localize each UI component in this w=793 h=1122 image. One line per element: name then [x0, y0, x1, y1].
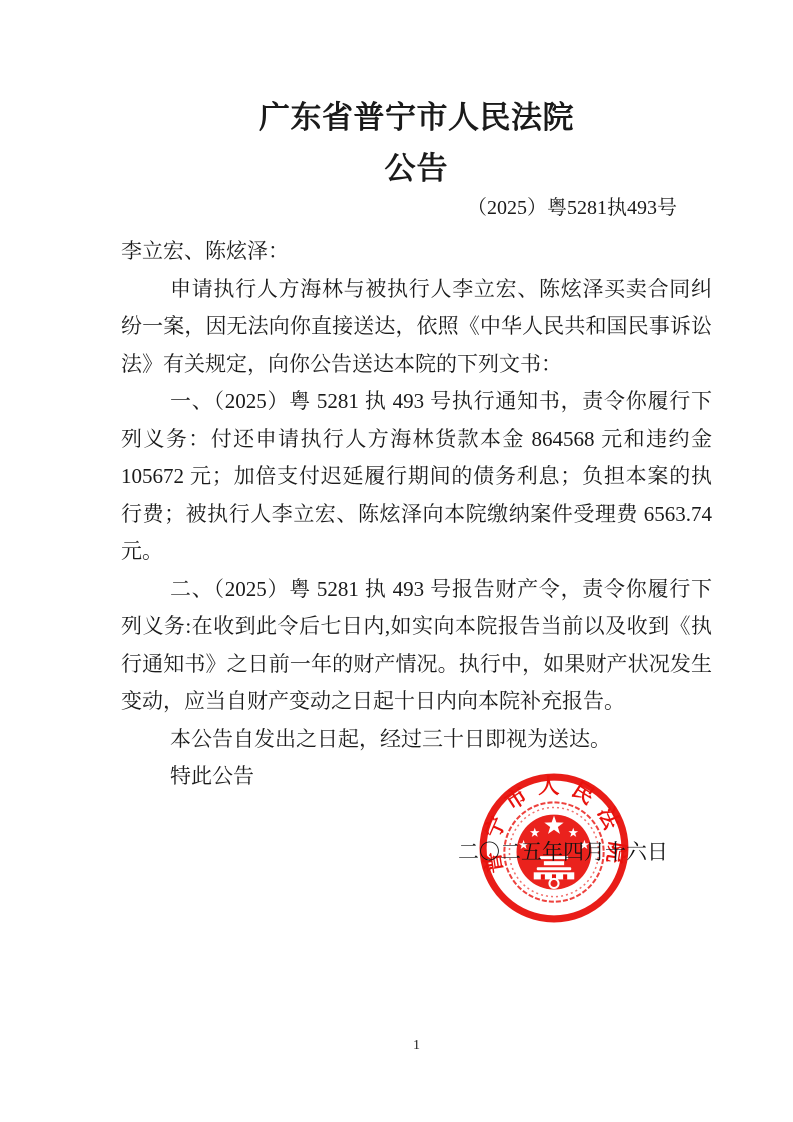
paragraph-service-period: 本公告自发出之日起，经过三十日即视为送达。: [121, 721, 712, 759]
paragraph-item-2: 二、（2025）粤 5281 执 493 号报告财产令，责令你履行下列义务:在收…: [121, 571, 712, 721]
page-number: 1: [121, 1038, 712, 1054]
case-number: （2025）粤5281执493号: [121, 196, 677, 220]
announcement-page: 广东省普宁市人民法院 公告 （2025）粤5281执493号 李立宏、陈炫泽： …: [0, 0, 793, 1122]
salutation-line: 李立宏、陈炫泽：: [121, 233, 712, 271]
paragraph-intro: 申请执行人方海林与被执行人李立宏、陈炫泽买卖合同纠纷一案，因无法向你直接送达，依…: [121, 271, 712, 384]
announcement-body: 李立宏、陈炫泽： 申请执行人方海林与被执行人李立宏、陈炫泽买卖合同纠纷一案，因无…: [121, 233, 712, 796]
paragraph-item-1: 一、（2025）粤 5281 执 493 号执行通知书，责令你履行下列义务：付还…: [121, 383, 712, 571]
court-name-title: 广东省普宁市人民法院: [121, 99, 712, 136]
issue-date: 二〇二五年四月十六日: [458, 836, 668, 866]
document-type-heading: 公告: [121, 150, 712, 187]
